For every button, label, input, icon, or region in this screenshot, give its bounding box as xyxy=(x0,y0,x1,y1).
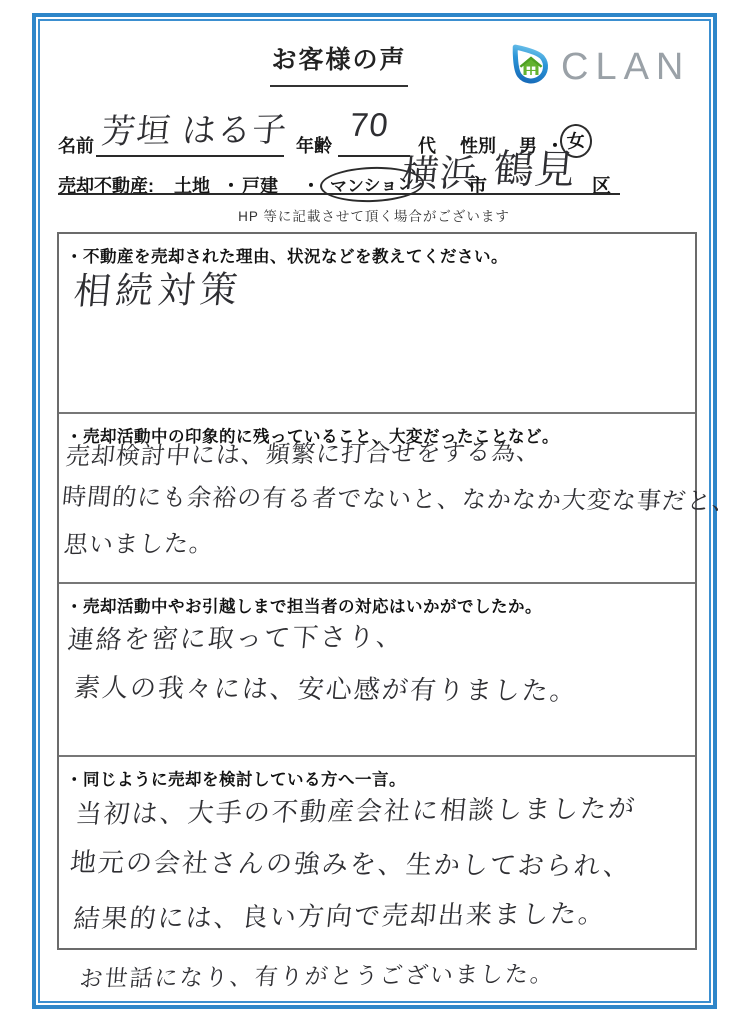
age-value-handwritten: 70 xyxy=(348,106,390,144)
name-underline xyxy=(96,155,284,157)
property-row-underline xyxy=(58,193,620,195)
answer-line: 地元の会社さんの強みを、生かしておられ、 xyxy=(69,849,633,879)
question-section-3: ・売却活動中やお引越しまで担当者の対応はいかがでしたか。 xyxy=(59,582,695,755)
water-drop-house-icon xyxy=(504,36,558,97)
answer-line: 相続対策 xyxy=(72,271,244,310)
name-label: 名前 xyxy=(58,132,94,158)
question-section-1: ・不動産を売却された理由、状況などを教えてください。 xyxy=(59,234,695,412)
answer-line: 素人の我々には、安心感が有りました。 xyxy=(73,674,579,704)
question-text-4: ・同じように売却を検討している方へ一言。 xyxy=(59,757,695,790)
age-label: 年齢 xyxy=(296,132,332,158)
answer-line: 結果的には、良い方向で売却出来ました。 xyxy=(72,900,607,932)
footer-thanks-note: お世話になり、有りがとうございました。 xyxy=(78,956,557,994)
answer-line: 売却検討中には、頻繁に打合せをする為、 xyxy=(65,441,543,470)
clan-logo-text: CLAN xyxy=(561,48,690,86)
page-title: お客様の声 xyxy=(270,40,408,87)
answer-line: 当初は、大手の不動産会社に相談しましたが xyxy=(74,795,637,827)
question-text-1: ・不動産を売却された理由、状況などを教えてください。 xyxy=(59,234,695,267)
name-value-handwritten: 芳垣 はる子 xyxy=(100,102,290,153)
age-underline xyxy=(338,155,410,157)
clan-logo: CLAN xyxy=(504,36,690,97)
answer-line: 連絡を密に取って下さり、 xyxy=(67,623,406,653)
questions-box: ・不動産を売却された理由、状況などを教えてください。 ・売却活動中の印象的に残っ… xyxy=(57,232,697,950)
question-text-3: ・売却活動中やお引越しまで担当者の対応はいかがでしたか。 xyxy=(59,584,695,617)
answer-line: 時間的にも余裕の有る者でないと、なかなか大変な事だと、 xyxy=(61,486,738,515)
hp-note: HP 等に記載させて頂く場合がございます xyxy=(0,205,748,225)
ward-value-handwritten: 鶴見 xyxy=(491,138,578,196)
answer-line: 思いました。 xyxy=(63,532,215,558)
scanned-customer-voice-form: お客様の声 xyxy=(0,0,748,1024)
